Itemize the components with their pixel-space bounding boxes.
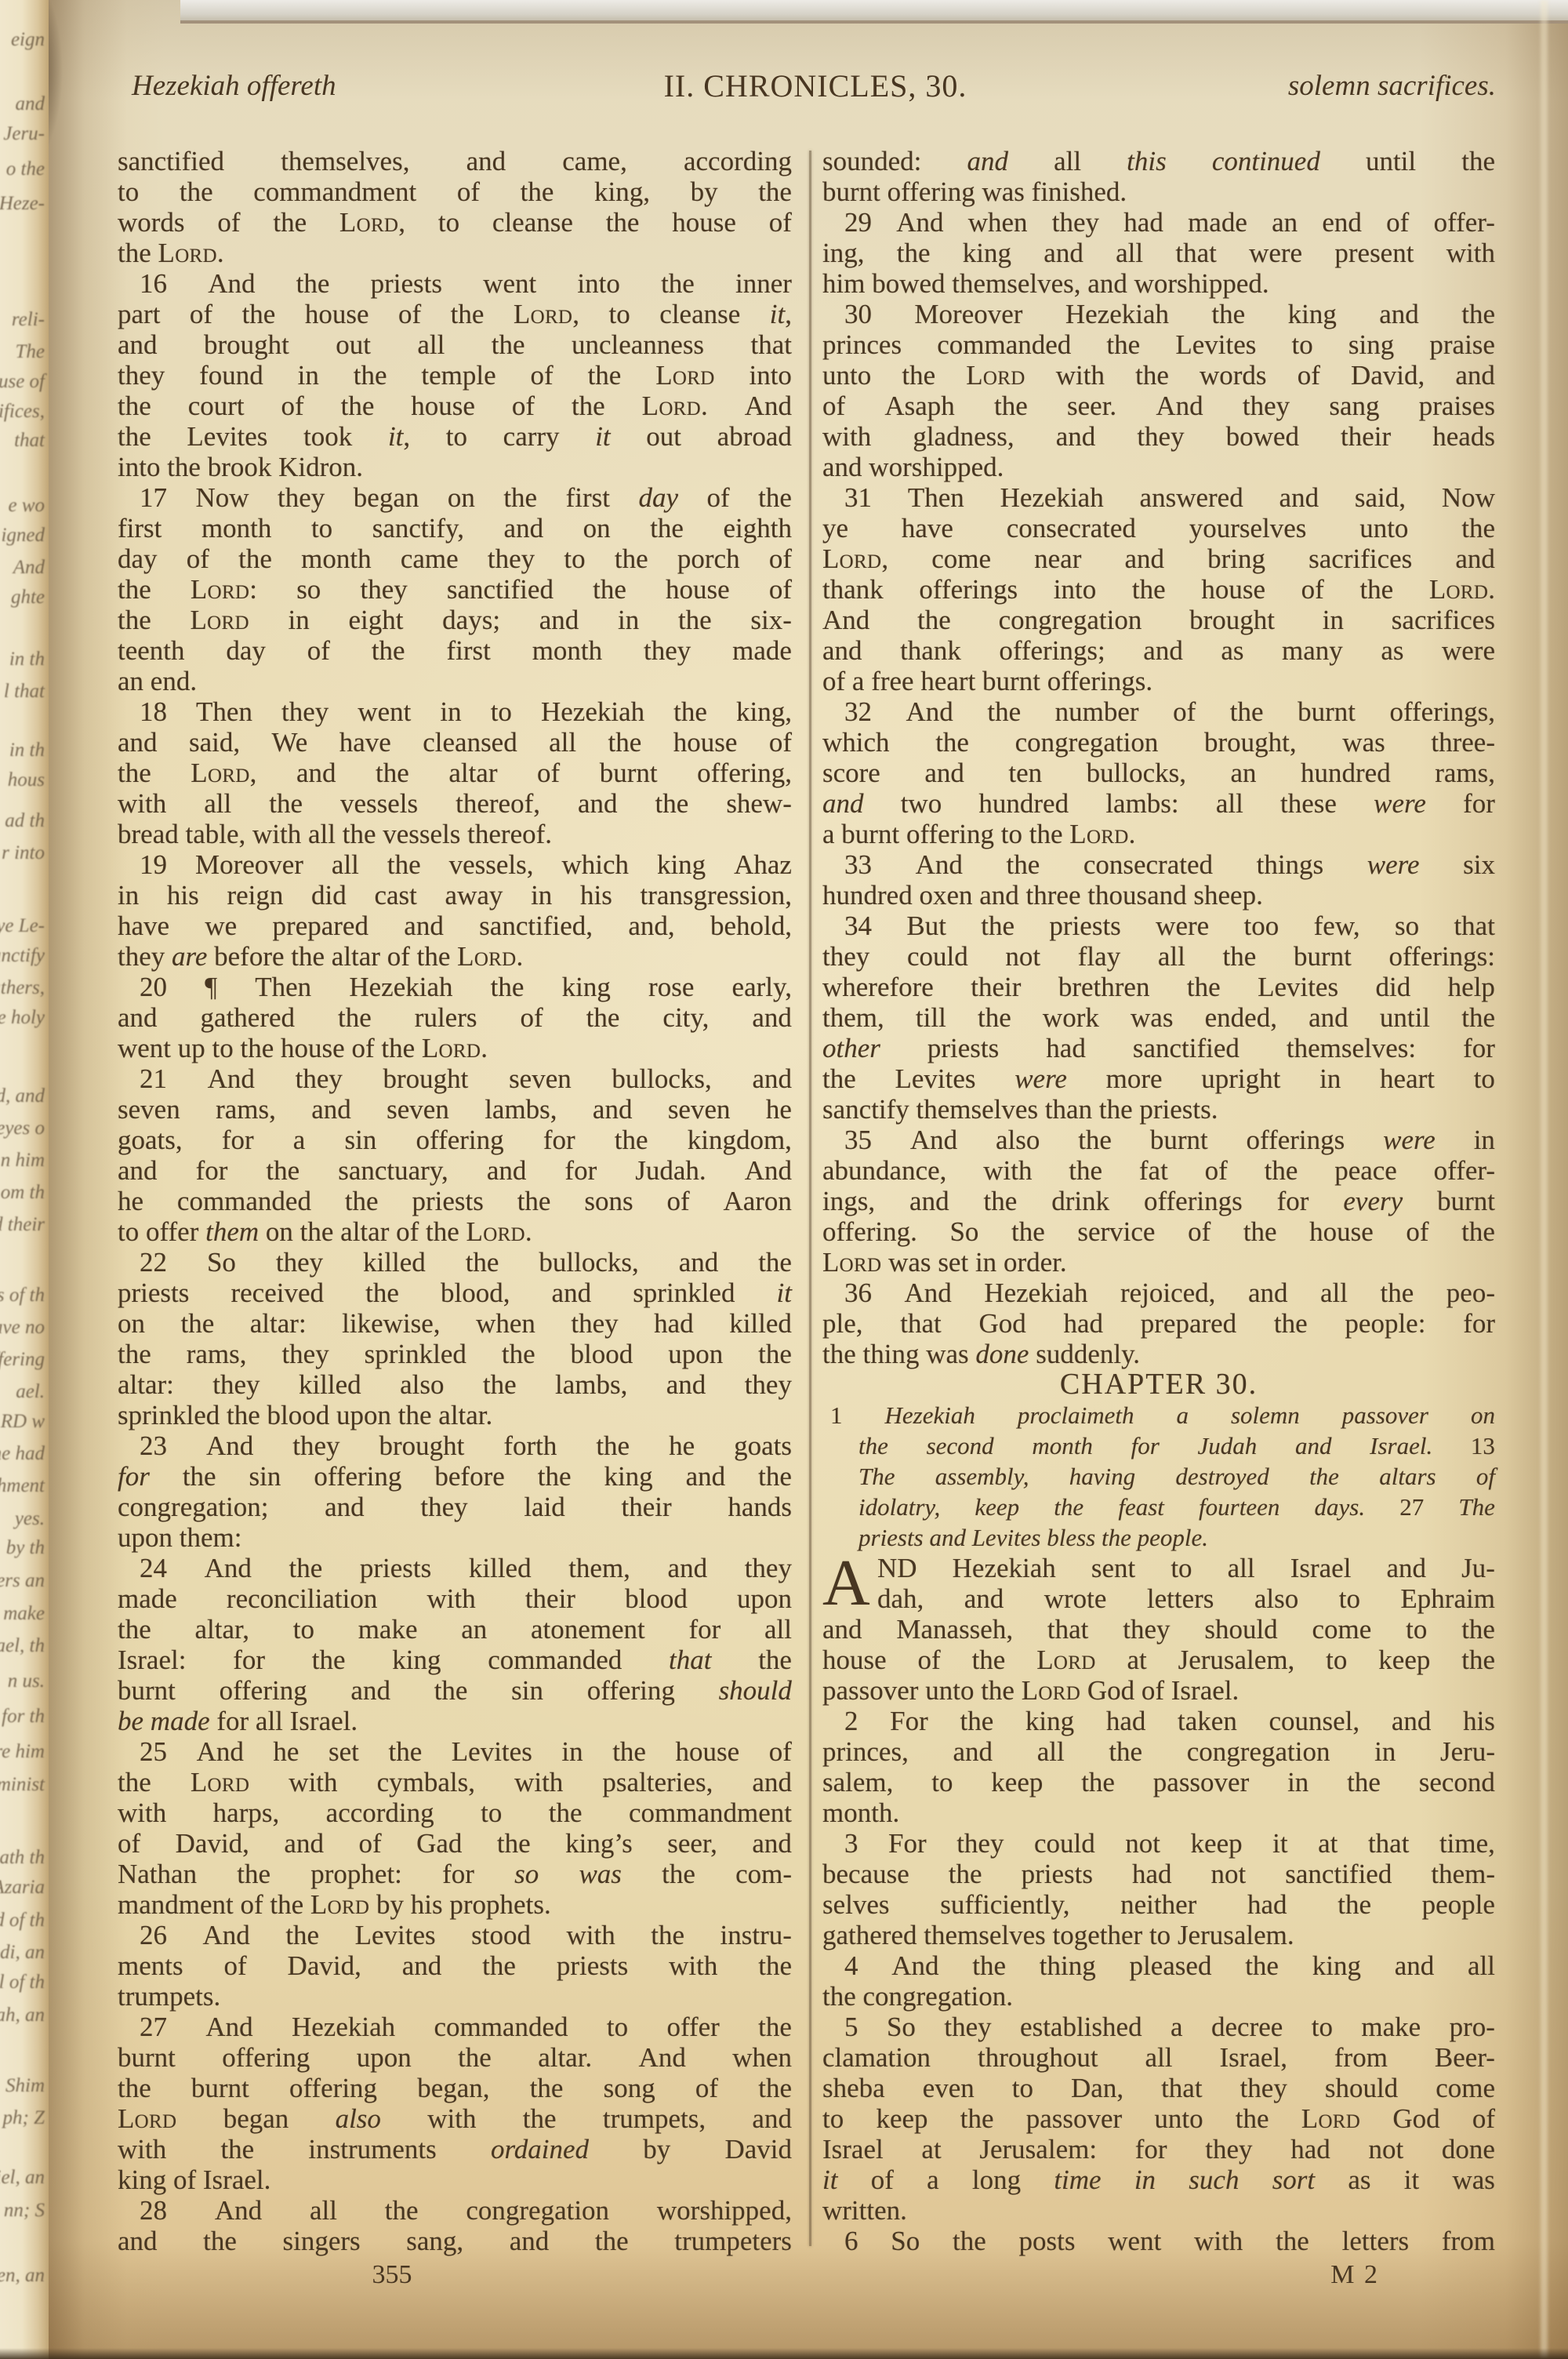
text-line: 33Andtheconsecratedthingsweresix <box>822 849 1495 880</box>
text-line: 36AndHezekiahrejoiced,andallthepeo- <box>822 1278 1495 1308</box>
text-line: and worshipped. <box>822 452 1495 482</box>
text-line: untotheLordwiththewordsofDavid,and <box>822 360 1495 391</box>
text-line: dayofthemonthcametheytotheporchof <box>118 543 792 574</box>
page-edge-fragment: ffering <box>0 1350 45 1369</box>
page-edge-fragment: minist <box>0 1775 45 1794</box>
text-line: 17Nowtheybeganonthefirstdayofthe <box>118 482 792 513</box>
text-line: him bowed themselves, and worshipped. <box>822 268 1495 299</box>
text-line: tothecommandmentoftheking,bythe <box>118 176 792 207</box>
page-edge-fragment: in th <box>9 740 45 760</box>
text-line: went up to the house of the Lord. <box>118 1033 792 1063</box>
text-line: burntofferingandthesinofferingshould <box>118 1675 792 1706</box>
text-line: andbroughtoutalltheuncleannessthat <box>118 329 792 360</box>
page-edge-fragment: hous <box>8 770 45 790</box>
page-edge-fragment: hath th <box>0 1848 45 1867</box>
text-line: thealtar,tomakeanatonementforall <box>118 1614 792 1645</box>
text-line: andgatheredtherulersofthecity,and <box>118 1002 792 1033</box>
text-line: burntofferinguponthealtar.Andwhen <box>118 2042 792 2073</box>
page-right-edge-highlight <box>1541 0 1548 2359</box>
page-edge-fragment: ters an <box>0 1571 45 1590</box>
text-line: theLordwithcymbals,withpsalteries,and <box>118 1767 792 1797</box>
text-line: 26AndtheLevitesstoodwiththeinstru- <box>118 1920 792 1950</box>
text-line: 3Fortheycouldnotkeepitatthattime, <box>822 1828 1495 1859</box>
page-edge-fragment: l of th <box>0 1972 45 1992</box>
page-edge-fragment: l that <box>4 682 45 701</box>
page-edge-fragment: n him <box>1 1150 45 1170</box>
page-number: 355 <box>55 2260 729 2290</box>
page-edge-fragment: s of th <box>0 1285 45 1305</box>
page-edge-fragment: ghte <box>11 587 45 607</box>
text-line: burnt offering was finished. <box>822 176 1495 207</box>
text-line: partofthehouseoftheLord,tocleanseit, <box>118 299 792 329</box>
text-line: an end. <box>118 666 792 696</box>
text-line: shebaeventoDan,thattheyshouldcome <box>822 2073 1495 2103</box>
text-line: 25AndhesettheLevitesinthehouseof <box>118 1736 792 1767</box>
text-line: sanctifiedthemselves,andcame,according <box>118 146 792 176</box>
page-edge-fragment: The <box>16 342 45 362</box>
page-edge-fragment: r into <box>2 843 45 863</box>
text-line: otherpriestshadsanctifiedthemselves:for <box>822 1033 1495 1063</box>
page-edge-fragment: he had <box>0 1444 45 1463</box>
text-line: priestsreceivedtheblood,andsprinkledit <box>118 1278 792 1308</box>
page-edge-fragment: that <box>14 431 45 450</box>
page-edge-fragment: d their <box>0 1215 45 1234</box>
page-edge-fragment: Heze- <box>0 194 45 213</box>
text-line: 30MoreoverHezekiahthekingandthe <box>822 299 1495 329</box>
text-line: the congregation. <box>822 1981 1495 2012</box>
text-line: ANDHezekiahsenttoallIsraelandJu- <box>822 1553 1495 1583</box>
text-line: tokeepthepassoveruntotheLordGodof <box>822 2103 1495 2134</box>
page-edge-fragment: eign <box>11 30 45 49</box>
text-line: month. <box>822 1797 1495 1828</box>
page-edge-fragment: e wo <box>8 496 45 515</box>
page-edge-fragment: bdi, an <box>0 1943 45 1962</box>
page-edge-fragment: ye Le- <box>0 916 45 936</box>
page-edge-fragment: ren, an <box>0 2266 45 2285</box>
text-line: thecourtofthehouseoftheLord.And <box>118 391 792 421</box>
page-edge-fragment: Azaria <box>0 1877 45 1897</box>
text-line: 31ThenHezekiahansweredandsaid,Now <box>822 482 1495 513</box>
text-line: withgladness,andtheybowedtheirheads <box>822 421 1495 452</box>
running-head-left: Hezekiah offereth <box>132 69 336 103</box>
signature-mark: M 2 <box>822 2260 1379 2290</box>
page-edge-fragment: he holy <box>0 1008 45 1027</box>
text-line: 27AndHezekiahcommandedtoofferthe <box>118 2012 792 2042</box>
text-line: salem,tokeepthepassoverinthesecond <box>822 1767 1495 1797</box>
text-line: madereconciliationwiththeirbloodupon <box>118 1583 792 1614</box>
text-line: inhisreigndidcastawayinhistransgression, <box>118 880 792 911</box>
text-line: ofAsaphtheseer.Andtheysangpraises <box>822 391 1495 421</box>
page-edge-fragment: om th <box>1 1183 45 1202</box>
text-line: Nathantheprophet:forsowasthecom- <box>118 1859 792 1889</box>
text-line: houseoftheLordatJerusalem,tokeepthe <box>822 1645 1495 1675</box>
text-line: dah,andwrotelettersalsotoEphraim <box>822 1583 1495 1614</box>
page-edge-fragment: rifices, <box>0 402 45 421</box>
running-head-right: solemn sacrifices. <box>1160 69 1496 103</box>
text-line: ings,andthedrinkofferingsforeveryburnt <box>822 1186 1495 1216</box>
text-line: clamationthroughoutallIsrael,fromBeer- <box>822 2042 1495 2073</box>
text-line: written. <box>822 2195 1495 2226</box>
text-line: theyfoundinthetempleoftheLordinto <box>118 360 792 391</box>
page-edge-fragment: Jeru- <box>3 124 45 144</box>
text-line: goats,forasinofferingforthekingdom, <box>118 1125 792 1155</box>
text-line: princescommandedtheLevitestosingpraise <box>822 329 1495 360</box>
page-edge-fragment: reli- <box>12 310 45 329</box>
page-edge-fragment: use of <box>0 372 45 391</box>
text-line: 19Moreoverallthevessels,whichkingAhaz <box>118 849 792 880</box>
page-bottom-edge <box>0 2348 1568 2359</box>
text-line: they are before the altar of the Lord. <box>118 941 792 972</box>
page-edge-fragment: ael. <box>16 1382 45 1401</box>
text-line: theLord,andthealtarofburntoffering, <box>118 758 792 788</box>
text-line: onthealtar:likewise,whentheyhadkilled <box>118 1308 792 1339</box>
page-edge-fragment: eyes o <box>0 1118 45 1138</box>
page-edge-fragment: n us. <box>8 1671 45 1691</box>
text-line: scoreandtenbullocks,anhundredrams, <box>822 758 1495 788</box>
text-line: andforthesanctuary,andforJudah.And <box>118 1155 792 1186</box>
page-edge-fragment: And <box>13 558 45 577</box>
text-line: 28Andallthecongregationworshipped, <box>118 2195 792 2226</box>
text-line: hecommandedtheprieststhesonsofAaron <box>118 1186 792 1216</box>
text-line: princes,andallthecongregationinJeru- <box>822 1736 1495 1767</box>
text-line: sprinkled the blood upon the altar. <box>118 1400 792 1430</box>
text-line: 16Andthepriestswentintotheinner <box>118 268 792 299</box>
text-line: offering.Sotheserviceofthehouseofthe <box>822 1216 1495 1247</box>
chapter-summary-line: idolatry,keepthefeastfourteendays.27The <box>822 1492 1495 1522</box>
chapter-heading: CHAPTER 30. <box>822 1369 1495 1400</box>
text-line: passover unto the Lord God of Israel. <box>822 1675 1495 1706</box>
book-page: eignandJeru-o theHeze-reli-Theuse ofrifi… <box>0 0 1568 2359</box>
text-line: theburntofferingbegan,thesongofthe <box>118 2073 792 2103</box>
text-line: thankofferingsintothehouseoftheLord. <box>822 574 1495 605</box>
text-line: 2Forthekinghadtakencounsel,andhis <box>822 1706 1495 1736</box>
text-line: the thing was done suddenly. <box>822 1339 1495 1369</box>
text-line: yehaveconsecratedyourselvesuntothe <box>822 513 1495 543</box>
text-line: IsraelatJerusalem:fortheyhadnotdone <box>822 2134 1495 2165</box>
page-edge-fragment: ave no <box>0 1318 45 1337</box>
page-edge-fragment: make <box>3 1604 45 1623</box>
text-line: teenthdayofthefirstmonththeymade <box>118 635 792 666</box>
text-line: 34Butthepriestsweretoofew,sothat <box>822 911 1495 941</box>
page-edge-fragment: yes. <box>15 1509 45 1528</box>
text-line: mentsofDavid,andthepriestswiththe <box>118 1950 792 1981</box>
text-line: congregation;andtheylaidtheirhands <box>118 1492 792 1522</box>
text-line: altar:theykilledalsothelambs,andthey <box>118 1369 792 1400</box>
text-line: Lord,comenearandbringsacrificesand <box>822 543 1495 574</box>
text-line: 6Sothepostswentwiththelettersfrom <box>822 2226 1495 2256</box>
page-edge-fragment: ael, th <box>0 1636 45 1656</box>
text-line: Israel:forthekingcommandedthatthe <box>118 1645 792 1675</box>
text-line: selvessufficiently,neitherhadthepeople <box>822 1889 1495 1920</box>
text-line: 4Andthethingpleasedthekingandall <box>822 1950 1495 1981</box>
page-edge-fragment: d, and <box>0 1086 45 1106</box>
text-line: ing,thekingandallthatwerepresentwith <box>822 238 1495 268</box>
text-line: 24Andthepriestskilledthem,andthey <box>118 1553 792 1583</box>
page-edge-fragment: d of th <box>0 1910 45 1930</box>
text-column-left: sanctifiedthemselves,andcame,accordingto… <box>118 146 792 2256</box>
text-line: ofDavid,andofGadtheking’sseer,and <box>118 1828 792 1859</box>
text-line: whereforetheirbrethrentheLevitesdidhelp <box>822 972 1495 1002</box>
text-line: upon them: <box>118 1522 792 1553</box>
text-line: trumpets. <box>118 1981 792 2012</box>
text-line: sanctify themselves than the priests. <box>822 1094 1495 1125</box>
text-line: becausethepriestshadnotsanctifiedthem- <box>822 1859 1495 1889</box>
text-line: andtwohundredlambs:allthesewerefor <box>822 788 1495 819</box>
text-line: 23Andtheybroughtforththehegoats <box>118 1430 792 1461</box>
chapter-summary-line: 1Hezekiahproclaimethasolemnpassoveron <box>822 1400 1495 1430</box>
facing-page-text-fragments: eignandJeru-o theHeze-reli-Theuse ofrifi… <box>0 0 47 2359</box>
text-line: sounded:andallthiscontinueduntilthe <box>822 146 1495 176</box>
text-column-right: sounded:andallthiscontinueduntiltheburnt… <box>822 146 1495 2256</box>
page-edge-fragment: nn; S <box>4 2201 45 2220</box>
text-line: withtheinstrumentsordainedbyDavid <box>118 2134 792 2165</box>
page-edge-fragment: in th <box>9 649 45 669</box>
text-line: theycouldnotflayalltheburntofferings: <box>822 941 1495 972</box>
text-line: mandment of the Lord by his prophets. <box>118 1889 792 1920</box>
text-line: forthesinofferingbeforethekingandthe <box>118 1461 792 1492</box>
text-line: havewepreparedandsanctified,and,behold, <box>118 911 792 941</box>
text-line: 21Andtheybroughtsevenbullocks,and <box>118 1063 792 1094</box>
text-line: 32Andthenumberoftheburntofferings, <box>822 696 1495 727</box>
page-edge-fragment: o the <box>6 159 45 179</box>
text-line: theLordineightdays;andinthesix- <box>118 605 792 635</box>
running-head-title: II. CHRONICLES, 30. <box>549 67 1082 104</box>
text-line: therams,theysprinkledtheblooduponthe <box>118 1339 792 1369</box>
chapter-summary-line: Theassembly,havingdestroyedthealtarsof <box>822 1461 1495 1492</box>
text-line: theLevitestookit,tocarryitoutabroad <box>118 421 792 452</box>
text-line: 22Sotheykilledthebullocks,andthe <box>118 1247 792 1278</box>
chapter-summary-line: priests and Levites bless the people. <box>822 1522 1495 1553</box>
text-line: andsaid,Wehavecleansedallthehouseof <box>118 727 792 758</box>
text-line: 18ThentheywentintoHezekiahtheking, <box>118 696 792 727</box>
text-line: theLord:sotheysanctifiedthehouseof <box>118 574 792 605</box>
text-line: a burnt offering to the Lord. <box>822 819 1495 849</box>
page-edge-fragment: by th <box>6 1538 45 1558</box>
text-line: 35Andalsotheburntofferingswerein <box>822 1125 1495 1155</box>
text-line: to offer them on the altar of the Lord. <box>118 1216 792 1247</box>
text-line: withharps,accordingtothecommandment <box>118 1797 792 1828</box>
page-edge-fragment: Shim <box>5 2076 45 2095</box>
text-line: 20¶ThenHezekiahthekingroseearly, <box>118 972 792 1002</box>
book-gutter-shadow <box>49 0 127 2359</box>
page-edge-fragment: for th <box>2 1707 45 1726</box>
page-edge-fragment: athers, <box>0 978 45 998</box>
text-line: 5Sotheyestablishedadecreetomakepro- <box>822 2012 1495 2042</box>
text-line: andthankofferings;andasmanyaswere <box>822 635 1495 666</box>
page-edge-fragment: nah, an <box>0 2005 45 2025</box>
text-line: wordsoftheLord,tocleansethehouseof <box>118 207 792 238</box>
column-divider-rule <box>809 151 811 2246</box>
text-line: king of Israel. <box>118 2165 792 2195</box>
page-edge-fragment: and <box>16 94 45 114</box>
text-line: itofalongtimeinsuchsortasitwas <box>822 2165 1495 2195</box>
text-line: ple,thatGodhadpreparedthepeople:for <box>822 1308 1495 1339</box>
text-line: theLevitesweremoreuprightinheartto <box>822 1063 1495 1094</box>
text-line: Lordbeganalsowiththetrumpets,and <box>118 2103 792 2134</box>
text-line: 29Andwhentheyhadmadeanendofoffer- <box>822 207 1495 238</box>
text-line: firstmonthtosanctify,andontheeighth <box>118 513 792 543</box>
text-line: andManasseh,thattheyshouldcometothe <box>822 1614 1495 1645</box>
text-line: withallthevesselsthereof,andtheshew- <box>118 788 792 819</box>
text-line: gathered themselves together to Jerusale… <box>822 1920 1495 1950</box>
text-line: whichthecongregationbrought,wasthree- <box>822 727 1495 758</box>
text-line: abundance,withthefatofthepeaceoffer- <box>822 1155 1495 1186</box>
page-edge-fragment: shment <box>0 1476 45 1496</box>
text-line: Lord was set in order. <box>822 1247 1495 1278</box>
text-line: of a free heart burnt offerings. <box>822 666 1495 696</box>
text-line: bread table, with all the vessels thereo… <box>118 819 792 849</box>
page-edge-fragment: igned <box>1 525 45 545</box>
text-line: them,tilltheworkwasended,anduntilthe <box>822 1002 1495 1033</box>
chapter-summary-line: thesecondmonthforJudahandIsrael.13 <box>822 1430 1495 1461</box>
text-line: into the brook Kidron. <box>118 452 792 482</box>
page-edge-fragment: ph; Z <box>3 2108 45 2128</box>
page-edge-fragment: anctify <box>0 946 45 965</box>
text-line: the Lord. <box>118 238 792 268</box>
page-top-edge <box>180 0 1568 24</box>
page-edge-fragment: hiel, an <box>0 2168 45 2187</box>
page-edge-fragment: ad th <box>5 811 45 831</box>
text-line: hundred oxen and three thousand sheep. <box>822 880 1495 911</box>
page-edge-fragment: RD w <box>1 1412 45 1431</box>
text-line: andthesingerssang,andthetrumpeters <box>118 2226 792 2256</box>
text-line: Andthecongregationbroughtinsacrifices <box>822 605 1495 635</box>
page-edge-fragment: ore him <box>0 1742 45 1761</box>
text-line: sevenrams,andsevenlambs,andsevenhe <box>118 1094 792 1125</box>
text-line: be made for all Israel. <box>118 1706 792 1736</box>
